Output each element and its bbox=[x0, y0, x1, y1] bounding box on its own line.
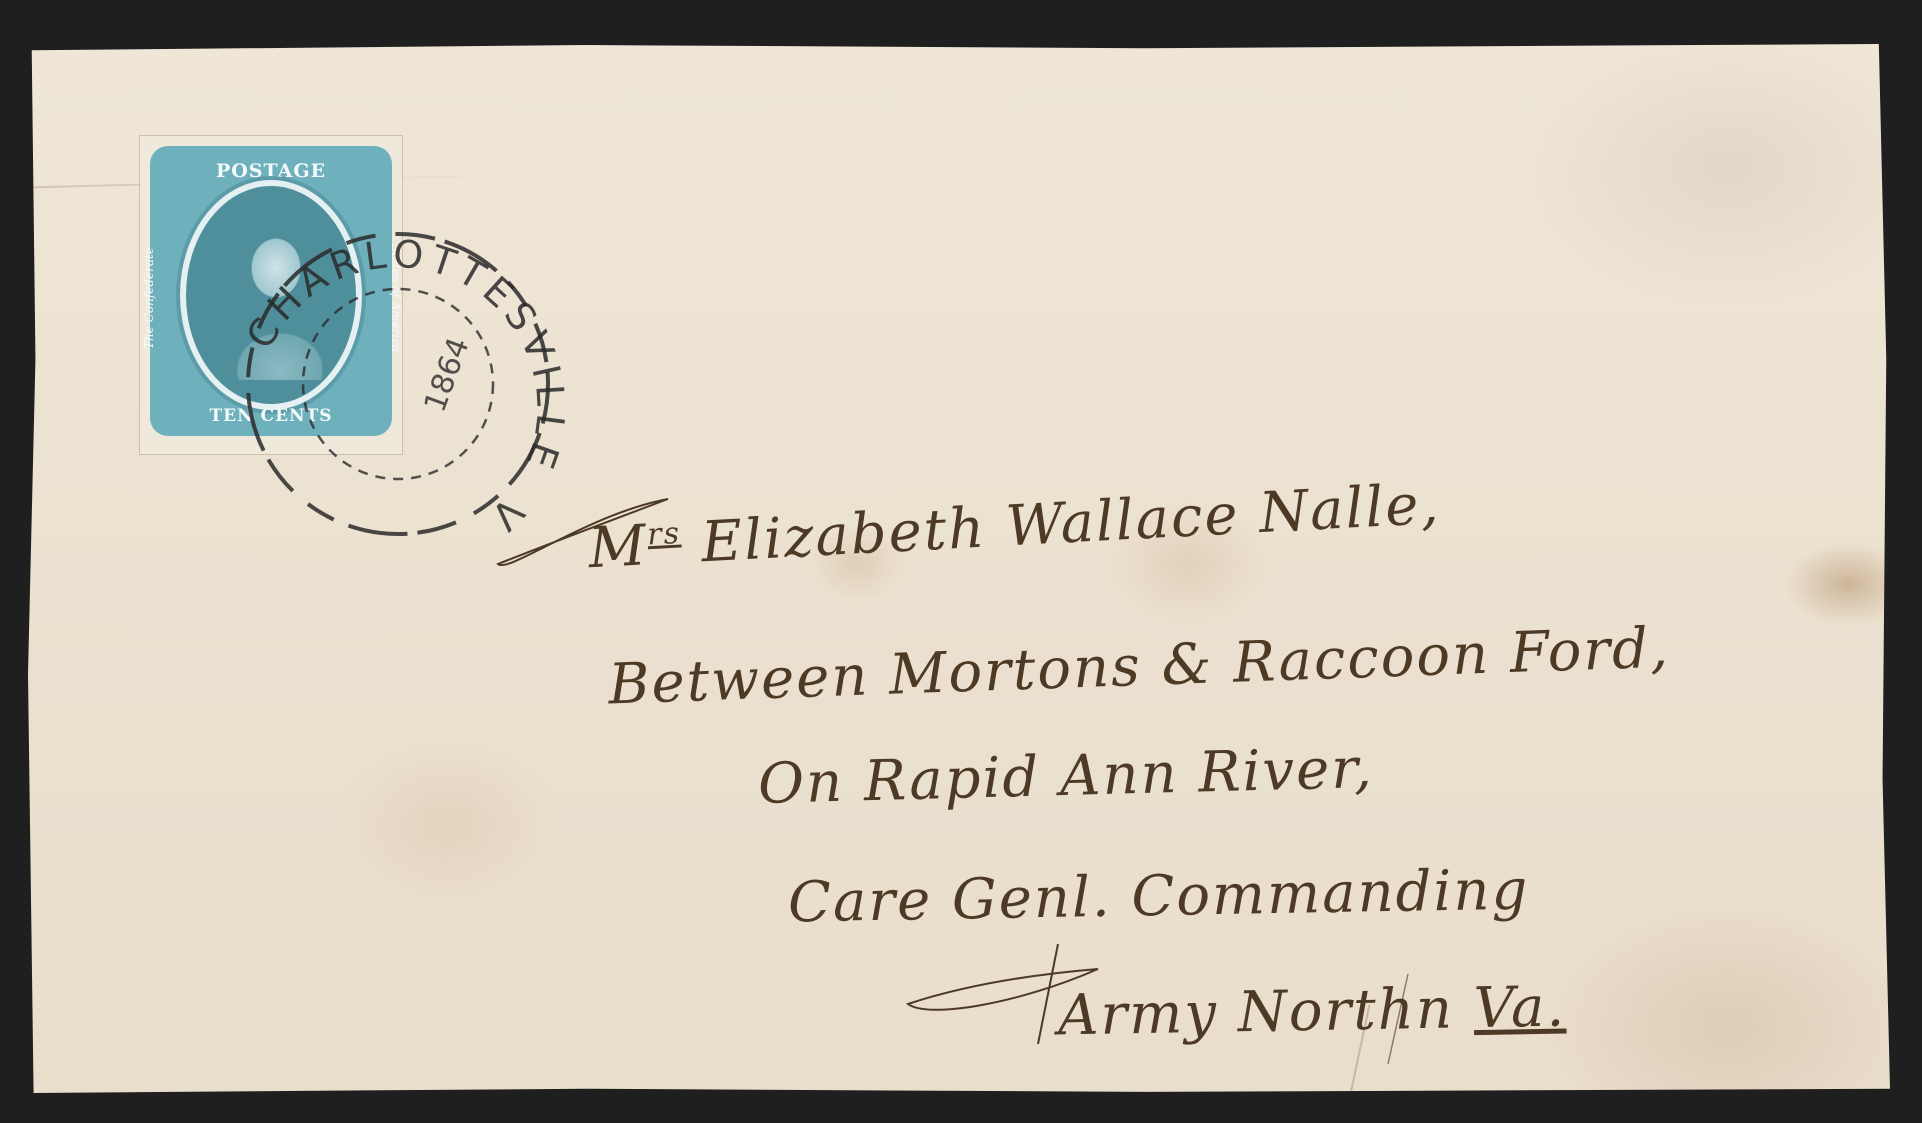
address-line-2: Between Mortons & Raccoon Ford, bbox=[607, 615, 1671, 717]
address-army: Army Northn bbox=[1057, 976, 1474, 1048]
address-salutation: M bbox=[587, 513, 650, 581]
address-line-4: Care Genl. Commanding bbox=[787, 858, 1529, 936]
address-line-1: Mrs Elizabeth Wallace Nalle, bbox=[587, 472, 1442, 582]
address-state: Va. bbox=[1473, 975, 1567, 1042]
handwritten-address: Mrs Elizabeth Wallace Nalle, Between Mor… bbox=[28, 44, 1890, 1094]
address-line-3: On Rapid Ann River, bbox=[757, 736, 1374, 817]
envelope: POSTAGE The Confederate States of Americ… bbox=[28, 44, 1890, 1094]
address-line-5: Army Northn Va. bbox=[1057, 975, 1566, 1049]
pen-flourish-icon bbox=[28, 44, 1890, 1094]
address-salutation-sup: rs bbox=[646, 516, 682, 553]
address-name: Elizabeth Wallace Nalle, bbox=[680, 472, 1442, 577]
